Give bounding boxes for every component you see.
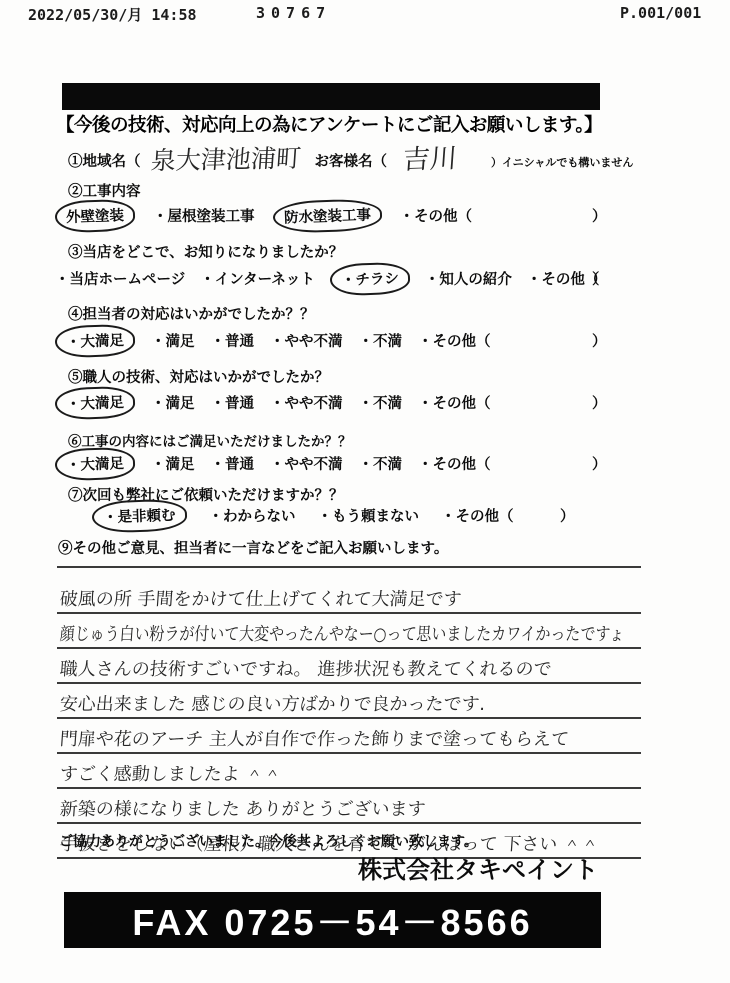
survey-option: ・わからない bbox=[209, 505, 296, 526]
comment-line: 職人さんの技術すごいですね。 進捗状況も教えてくれるので bbox=[57, 649, 641, 684]
circled-option: ・チラシ bbox=[329, 261, 410, 296]
question-6-options-row: ・大満足 ・満足 ・普通 ・やや不満 ・不満 ・その他（ ） bbox=[55, 453, 675, 474]
handwritten-comment: 安心出来ました 感じの良い方ばかりで良かったです. bbox=[59, 690, 486, 716]
redacted-header-bar bbox=[62, 83, 600, 110]
initials-ok-note: ）イニシャルでも構いません bbox=[491, 154, 633, 176]
thank-you-note: ご協力ありがとうございました。今後共よろしくお願い致します。 bbox=[59, 831, 478, 851]
handwritten-comment: 門扉や花のアーチ 主人が自作で作った飾りまで塗ってもらえて bbox=[59, 725, 570, 751]
survey-option: ・その他（ bbox=[418, 330, 491, 351]
fax-number-bar: FAX 0725－54－8566 bbox=[64, 892, 601, 948]
question-7-options-row: ・是非頼む ・わからない ・もう頼まない ・その他（ ） bbox=[92, 505, 712, 526]
survey-option: ・もう頼まない bbox=[318, 505, 420, 526]
question-2-label: ②工事内容 bbox=[68, 180, 141, 201]
comment-line: 破風の所 手間をかけて仕上げてくれて大満足です bbox=[57, 568, 641, 614]
free-comments-section: 破風の所 手間をかけて仕上げてくれて大満足です 顔じゅう白い粉ラが付いて大変やっ… bbox=[57, 566, 641, 859]
survey-option: ・その他（ bbox=[400, 205, 473, 226]
question-3-options-row: ・当店ホームページ ・インターネット ・チラシ ・知人の紹介 ・その他（ ） bbox=[55, 268, 675, 289]
survey-option: ・その他（ bbox=[418, 453, 491, 474]
survey-option: ・知人の紹介 bbox=[425, 268, 512, 289]
handwritten-comment: すごく感動しましたよ ＾＾ bbox=[59, 760, 283, 786]
survey-option: ・不満 bbox=[359, 392, 403, 413]
close-paren: ） bbox=[592, 453, 607, 474]
close-paren: ） bbox=[592, 205, 607, 226]
fax-document: 2022/05/30/月 14:58 30767 P.001/001 【今後の技… bbox=[0, 0, 730, 983]
question-4-label: ④担当者の対応はいかがでしたか？？ bbox=[68, 303, 315, 324]
comment-line: 安心出来ました 感じの良い方ばかりで良かったです. bbox=[57, 684, 641, 719]
handwritten-comment: 職人さんの技術すごいですね。 進捗状況も教えてくれるので bbox=[59, 655, 553, 681]
question-5-options-row: ・大満足 ・満足 ・普通 ・やや不満 ・不満 ・その他（ ） bbox=[55, 392, 675, 413]
circled-option: ・大満足 bbox=[54, 323, 135, 358]
comment-line: 門扉や花のアーチ 主人が自作で作った飾りまで塗ってもらえて bbox=[57, 719, 641, 754]
survey-option: ・その他（ bbox=[441, 505, 514, 526]
fax-page-count: P.001/001 bbox=[620, 4, 701, 22]
survey-option: ・普通 bbox=[211, 330, 255, 351]
question-4-options-row: ・大満足 ・満足 ・普通 ・やや不満 ・不満 ・その他（ ） bbox=[55, 330, 675, 351]
circled-option: ・大満足 bbox=[54, 446, 135, 481]
area-name-handwritten-value: 泉大津池浦町 bbox=[149, 139, 302, 178]
question-3-label: ③当店をどこで、お知りになりましたか？ bbox=[68, 241, 343, 262]
survey-option: ・その他（ bbox=[418, 392, 491, 413]
question-5-label: ⑤職人の技術、対応はいかがでしたか？ bbox=[68, 366, 329, 387]
question-2-options-row: 外壁塗装 ・屋根塗装工事 防水塗装工事 ・その他（ ） bbox=[55, 205, 675, 226]
handwritten-comment: 破風の所 手間をかけて仕上げてくれて大満足です bbox=[59, 585, 463, 611]
survey-option: ・普通 bbox=[211, 392, 255, 413]
survey-option: ・やや不満 bbox=[270, 392, 343, 413]
question-7-label: ⑦次回も弊社にご依頼いただけますか？？ bbox=[68, 484, 344, 505]
survey-option: ・当店ホームページ bbox=[55, 268, 185, 289]
close-paren: ） bbox=[560, 505, 575, 526]
survey-option: ・やや不満 bbox=[270, 453, 343, 474]
question-6-label: ⑥工事の内容にはご満足いただけましたか？？ bbox=[68, 430, 352, 450]
circled-option: 防水塗装工事 bbox=[272, 198, 382, 234]
customer-name-handwritten-value: 吉川 bbox=[402, 136, 459, 177]
survey-title: 【今後の技術、対応向上の為にアンケートにご記入お願いします。】 bbox=[56, 111, 602, 137]
comment-line: 顔じゅう白い粉ラが付いて大変やったんやなー○って思いましたカワイかったですょ bbox=[57, 614, 641, 649]
area-name-label: ①地域名（ bbox=[68, 150, 141, 176]
survey-option: ・不満 bbox=[359, 330, 403, 351]
survey-option: ・普通 bbox=[211, 453, 255, 474]
survey-option: ・満足 bbox=[151, 453, 195, 474]
question-9-label: ⑨その他ご意見、担当者に一言などをご記入お願いします。 bbox=[58, 537, 448, 558]
survey-option: ・満足 bbox=[151, 392, 195, 413]
survey-option: ・屋根塗装工事 bbox=[153, 205, 255, 226]
company-name: 株式会社タキペイント bbox=[358, 850, 598, 885]
close-paren: ） bbox=[592, 392, 607, 413]
handwritten-comment: 顔じゅう白い粉ラが付いて大変やったんやなー○って思いましたカワイかったですょ bbox=[59, 620, 625, 646]
fax-datetime: 2022/05/30/月 14:58 bbox=[28, 4, 197, 25]
close-paren: ） bbox=[592, 330, 607, 351]
fax-number: FAX 0725－54－8566 bbox=[132, 895, 532, 946]
survey-option: ・満足 bbox=[151, 330, 195, 351]
close-paren: ） bbox=[592, 268, 607, 289]
comment-line: すごく感動しましたよ ＾＾ bbox=[57, 754, 641, 789]
customer-name-label: お客様名（ bbox=[315, 150, 388, 176]
survey-option: ・その他（ bbox=[527, 268, 600, 289]
circled-option: ・大満足 bbox=[54, 385, 135, 420]
circled-option: 外壁塗装 bbox=[54, 198, 135, 233]
comment-line: 新築の様になりました ありがとうございます bbox=[57, 789, 641, 824]
survey-option: ・やや不満 bbox=[270, 330, 343, 351]
handwritten-comment: 新築の様になりました ありがとうございます bbox=[59, 795, 427, 821]
survey-option: ・インターネット bbox=[200, 268, 315, 289]
question-1-row: ①地域名（ 泉大津池浦町 お客様名（ 吉川 ）イニシャルでも構いません bbox=[68, 136, 633, 176]
survey-option: ・不満 bbox=[359, 453, 403, 474]
fax-job-number: 30767 bbox=[256, 4, 331, 22]
